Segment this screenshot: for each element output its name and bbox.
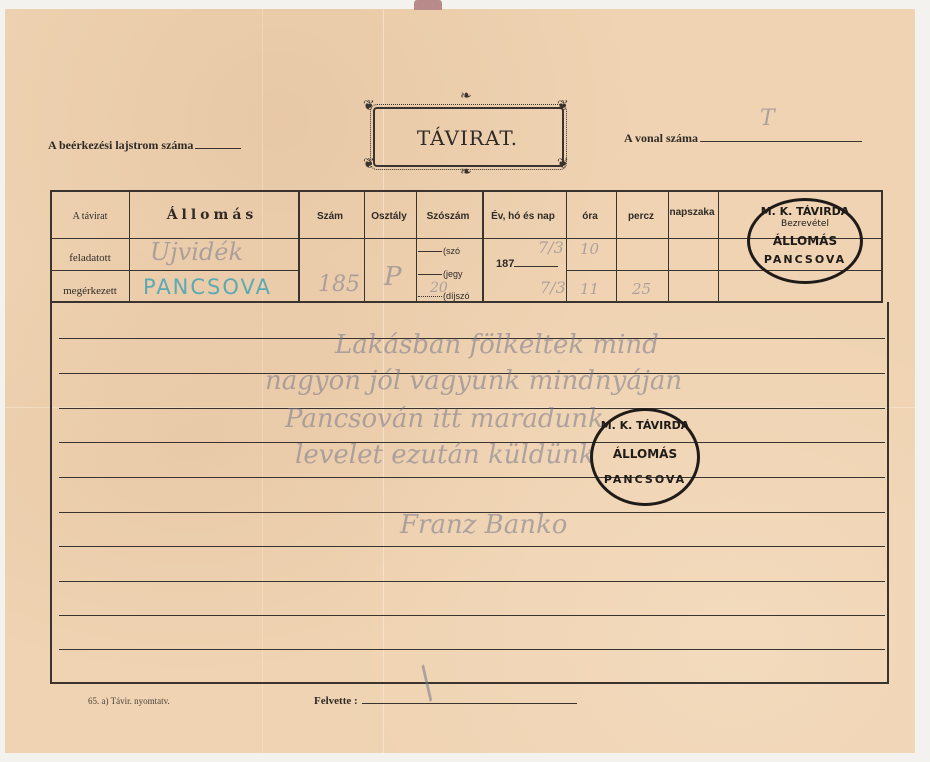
message-rule [59, 546, 885, 547]
handwritten-hour-row1: 10 [580, 240, 599, 258]
handwritten-number: 185 [318, 272, 360, 297]
row-label-megerkezett: megérkezett [52, 285, 128, 297]
column-divider [416, 192, 417, 301]
line-number-label: A vonal száma [624, 131, 698, 145]
handwritten-date-row2: 7/3 [540, 278, 566, 297]
row-divider [566, 270, 718, 271]
stamp-center-text: ÁLLOMÁS [750, 234, 860, 248]
message-line-4: levelet ezután küldünk [295, 440, 595, 470]
top-flourish-icon: ❧ [460, 89, 472, 103]
handwritten-hour-row2: 11 [580, 280, 599, 298]
stamp-bottom-text: PANCSOVA [593, 473, 697, 486]
char-count-sublabel: (jegy [418, 269, 463, 279]
handwritten-class: P [384, 262, 402, 292]
word-count-sublabel: (szó [418, 246, 460, 256]
column-divider [616, 192, 617, 301]
col-header-date: Év, hó és nap [481, 211, 565, 222]
column-divider [482, 192, 484, 301]
receipt-postmark-stamp: M. K. TÁVIRDA Bezrevétel ÁLLOMÁS PANCSOV… [747, 198, 863, 284]
message-line-2: nagyon jól vagyunk mindnyájan [265, 366, 682, 396]
message-signature: Franz Banko [400, 510, 567, 540]
col-header-szoszam: Szószám [415, 211, 481, 222]
registry-number-label: A beérkezési lajstrom száma [48, 138, 193, 152]
paper-tab-mark [414, 0, 442, 10]
col-header-osztaly: Osztály [363, 211, 415, 222]
handwritten-minute-row2: 25 [632, 280, 651, 298]
line-number-field: A vonal száma [624, 131, 862, 146]
stamp-bottom-text: PANCSOVA [750, 253, 860, 266]
message-rule [59, 477, 885, 478]
col-header-percz: percz [615, 211, 667, 222]
col-header-allomas: Állomás [128, 207, 296, 223]
stamp-top-text: M. K. TÁVIRDA [750, 205, 860, 218]
year-prefix: 187 [496, 258, 558, 270]
station-postmark-stamp: M. K. TÁVIRDA ÁLLOMÁS PANCSOVA [590, 408, 700, 506]
row-divider [52, 270, 298, 271]
stamp-center-text: ÁLLOMÁS [593, 447, 697, 461]
bottom-flourish-icon: ❧ [460, 165, 472, 179]
stamp-top-text: M. K. TÁVIRDA [593, 419, 697, 432]
arrival-station-stamp: PANCSOVA [143, 275, 272, 299]
line-number-blank [700, 141, 862, 142]
col-header-ora: óra [565, 211, 615, 222]
page-title: TÁVIRAT. [365, 126, 570, 150]
handwritten-date-row1: 7/3 [538, 238, 564, 257]
column-divider [718, 192, 719, 301]
received-by-blank [362, 703, 577, 704]
row-label-feladatott: feladatott [52, 252, 128, 264]
message-rule [59, 581, 885, 582]
line-number-handwritten: T [760, 106, 775, 131]
message-line-1: Lakásban fölkeltek mind [335, 330, 659, 360]
corner-flourish-icon: ❦ [363, 157, 375, 171]
received-by-label: Felvette : [314, 695, 358, 707]
column-divider [364, 192, 365, 301]
col-header-tavirat: A távirat [52, 211, 128, 222]
corner-flourish-icon: ❦ [557, 99, 569, 113]
message-rule [59, 615, 885, 616]
col-header-napszaka: napszaka [667, 207, 717, 218]
column-divider [298, 192, 300, 301]
stamp-inner-text: Bezrevétel [750, 219, 860, 229]
col-header-szam: Szám [297, 211, 363, 222]
message-line-3: Pancsován itt maradunk [285, 404, 604, 434]
form-number: 65. a) Távir. nyomtatv. [88, 696, 170, 706]
corner-flourish-icon: ❦ [363, 99, 375, 113]
fee-word-sublabel: (díjszó [418, 291, 470, 301]
registry-number-field: A beérkezési lajstrom száma [48, 138, 241, 153]
corner-flourish-icon: ❦ [557, 157, 569, 171]
title-cartouche: ❦ ❦ ❦ ❦ ❧ ❧ TÁVIRAT. [365, 95, 570, 177]
column-divider [566, 192, 567, 301]
message-rule [59, 649, 885, 650]
handwritten-origin-station: Ujvidék [150, 238, 243, 266]
registry-number-blank [195, 148, 241, 149]
